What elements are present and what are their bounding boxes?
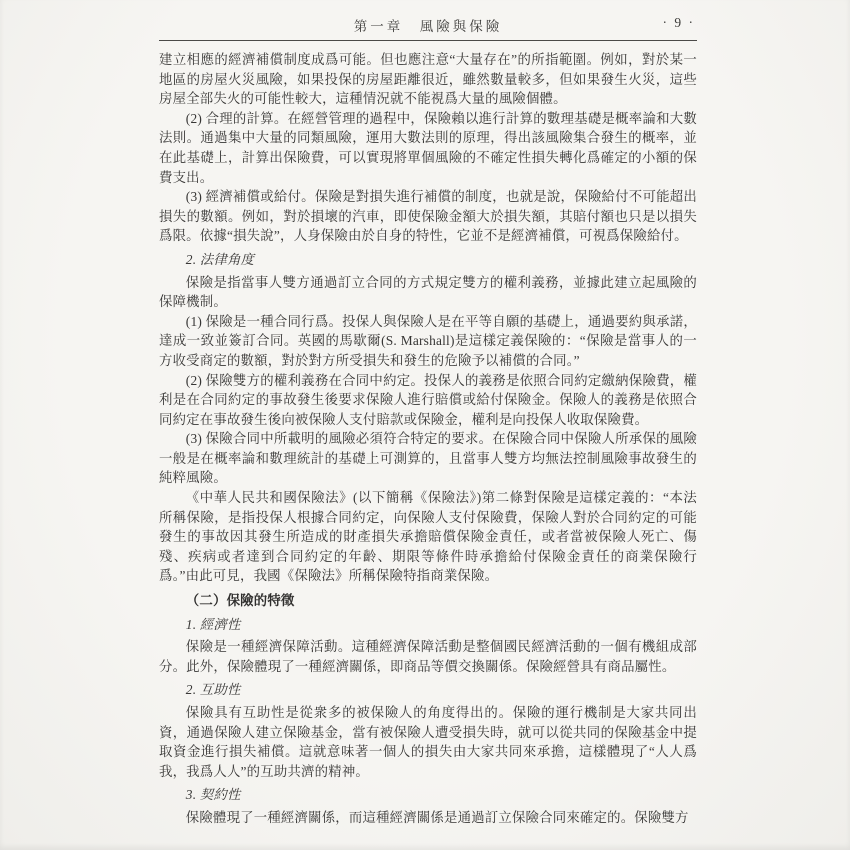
chapter-title: 第一章 風險與保險 [159,15,697,35]
paragraph: 保險是指當事人雙方通過訂立合同的方式規定雙方的權利義務，並據此建立起風險的保障機… [159,273,697,312]
paragraph: (3) 保險合同中所載明的風險必須符合特定的要求。在保險合同中保險人所承保的風險… [159,429,697,488]
paragraph: (2) 合理的計算。在經營管理的過程中，保險賴以進行計算的數理基礎是概率論和大數… [159,109,697,187]
paragraph: 《中華人民共和國保險法》(以下簡稱《保險法》)第二條對保險是這樣定義的：“本法所… [159,488,697,586]
paragraph: (2) 保險雙方的權利義務在合同中約定。投保人的義務是依照合同約定繳納保險費，權… [159,371,697,430]
page-header: 第一章 風險與保險 · 9 · [159,15,697,41]
paragraph: 建立相應的經濟補償制度成爲可能。但也應注意“大量存在”的所指範圍。例如，對於某一… [159,50,697,109]
book-page-scan: 第一章 風險與保險 · 9 · 建立相應的經濟補償制度成爲可能。但也應注意“大量… [0,0,850,850]
subsection-heading: 3. 契約性 [159,785,697,805]
text-column: 第一章 風險與保險 · 9 · 建立相應的經濟補償制度成爲可能。但也應注意“大量… [159,0,697,828]
subsection-heading: 2. 互助性 [159,680,697,700]
paragraph: 保險是一種經濟保障活動。這種經濟保障活動是整個國民經濟活動的一個有機組成部分。此… [159,637,697,676]
paragraph: 保險具有互助性是從衆多的被保險人的角度得出的。保險的運行機制是大家共同出資，通過… [159,703,697,781]
paragraph: (1) 保險是一種合同行爲。投保人與保險人是在平等自願的基礎上，通過要約與承諾，… [159,312,697,371]
paragraph: 保險體現了一種經濟關係，而這種經濟關係是通過訂立保險合同來確定的。保險雙方 [159,808,697,828]
page-body: 建立相應的經濟補償制度成爲可能。但也應注意“大量存在”的所指範圍。例如，對於某一… [159,50,697,828]
section-heading: （二）保險的特徵 [159,591,697,611]
subsection-heading: 2. 法律角度 [159,250,697,270]
subsection-heading: 1. 經濟性 [159,615,697,635]
page-number: · 9 · [663,15,696,31]
paragraph: (3) 經濟補償或給付。保險是對損失進行補償的制度，也就是說，保險給付不可能超出… [159,187,697,246]
